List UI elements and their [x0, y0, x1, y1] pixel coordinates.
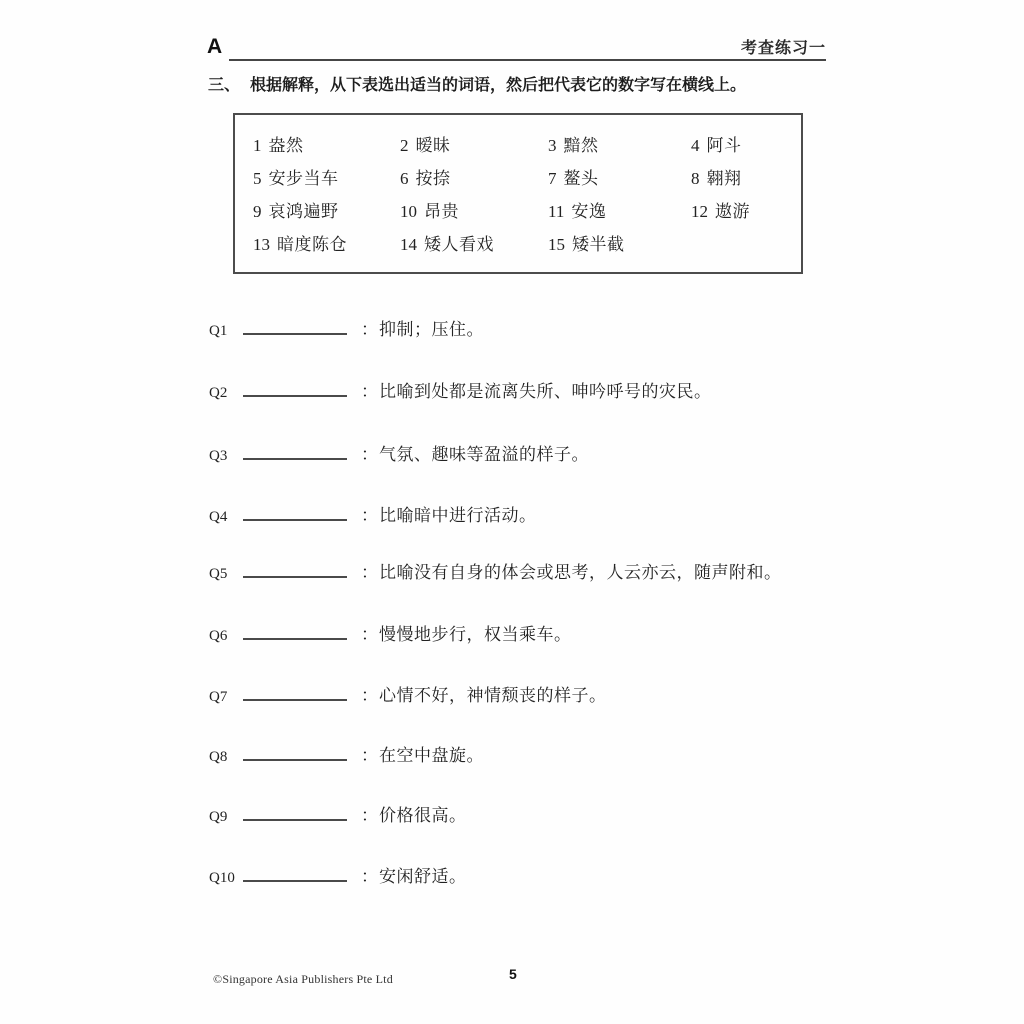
word-text: 鳌头: [564, 169, 599, 188]
question-row: Q2：比喻到处都是流离失所、呻吟呼号的灾民。: [209, 377, 849, 401]
word-bank-item: 13暗度陈仓: [253, 234, 347, 255]
question-row: Q6：慢慢地步行，权当乘车。: [209, 620, 849, 644]
definition-text: 在空中盘旋。: [379, 741, 484, 766]
word-number: 5: [253, 168, 262, 189]
word-number: 15: [548, 234, 565, 255]
definition-text: 比喻暗中进行活动。: [379, 501, 537, 526]
colon-separator: ：: [361, 741, 378, 766]
word-bank-item: 6按捺: [400, 168, 451, 189]
exercise-instruction: 三、根据解释，从下表选出适当的词语，然后把代表它的数字写在横线上。: [208, 75, 848, 96]
definition-text: 价格很高。: [379, 801, 467, 826]
word-number: 12: [691, 201, 708, 222]
word-text: 安逸: [571, 202, 606, 221]
colon-separator: ：: [361, 681, 378, 706]
word-number: 4: [691, 135, 700, 156]
page-title: 考查练习一: [741, 39, 826, 59]
question-row: Q5：比喻没有自身的体会或思考，人云亦云，随声附和。: [209, 558, 849, 582]
word-text: 安步当车: [269, 169, 339, 188]
definition-text: 抑制；压住。: [379, 315, 484, 340]
word-bank-item: 8翱翔: [691, 168, 742, 189]
question-row: Q1：抑制；压住。: [209, 315, 849, 339]
question-label: Q1: [209, 323, 243, 340]
word-bank-item: 9哀鸿遍野: [253, 201, 339, 222]
word-bank-item: 11安逸: [548, 201, 606, 222]
word-text: 昂贵: [424, 202, 459, 221]
exercise-number: 三、: [208, 77, 240, 94]
answer-blank: [243, 742, 347, 761]
word-number: 2: [400, 135, 409, 156]
question-label: Q5: [209, 566, 243, 583]
copyright-text: ©Singapore Asia Publishers Pte Ltd: [213, 972, 393, 987]
answer-blank: [243, 502, 347, 521]
definition-text: 慢慢地步行，权当乘车。: [379, 620, 572, 645]
word-text: 阿斗: [707, 136, 742, 155]
definition-text: 比喻到处都是流离失所、呻吟呼号的灾民。: [379, 377, 712, 402]
answer-blank: [243, 441, 347, 460]
worksheet-page: A 考查练习一 三、根据解释，从下表选出适当的词语，然后把代表它的数字写在横线上…: [0, 0, 1024, 1024]
word-bank-item: 4阿斗: [691, 135, 742, 156]
word-bank-item: 3黯然: [548, 135, 599, 156]
instruction-text: 根据解释，从下表选出适当的词语，然后把代表它的数字写在横线上。: [250, 77, 746, 94]
answer-blank: [243, 559, 347, 578]
page-number: 5: [509, 966, 517, 982]
colon-separator: ：: [361, 315, 378, 340]
word-text: 遨游: [715, 202, 750, 221]
colon-separator: ：: [361, 558, 378, 583]
question-row: Q8：在空中盘旋。: [209, 741, 849, 765]
definition-text: 安闲舒适。: [379, 862, 467, 887]
word-number: 3: [548, 135, 557, 156]
word-bank-item: 12遨游: [691, 201, 750, 222]
word-number: 1: [253, 135, 262, 156]
question-label: Q10: [209, 870, 243, 887]
word-text: 哀鸿遍野: [269, 202, 339, 221]
question-label: Q6: [209, 628, 243, 645]
word-bank-box: 1盎然 2暧昧 3黯然 4阿斗 5安步当车 6按捺 7鳌头 8翱翔 9哀鸿遍野 …: [233, 113, 803, 274]
definition-text: 心情不好，神情颓丧的样子。: [379, 681, 607, 706]
word-text: 黯然: [564, 136, 599, 155]
word-number: 7: [548, 168, 557, 189]
word-bank-item: 15矮半截: [548, 234, 625, 255]
answer-blank: [243, 863, 347, 882]
word-bank-item: 10昂贵: [400, 201, 459, 222]
definition-text: 比喻没有自身的体会或思考，人云亦云，随声附和。: [379, 558, 782, 583]
question-label: Q7: [209, 689, 243, 706]
question-row: Q9：价格很高。: [209, 801, 849, 825]
question-label: Q9: [209, 809, 243, 826]
word-bank-item: 1盎然: [253, 135, 304, 156]
question-row: Q10：安闲舒适。: [209, 862, 849, 886]
word-number: 10: [400, 201, 417, 222]
question-label: Q8: [209, 749, 243, 766]
word-text: 暧昧: [416, 136, 451, 155]
word-number: 13: [253, 234, 270, 255]
word-number: 9: [253, 201, 262, 222]
word-text: 翱翔: [707, 169, 742, 188]
word-bank-item: 5安步当车: [253, 168, 339, 189]
colon-separator: ：: [361, 377, 378, 402]
word-number: 11: [548, 201, 564, 222]
word-bank-item: 7鳌头: [548, 168, 599, 189]
word-bank-item: 14矮人看戏: [400, 234, 494, 255]
word-text: 矮半截: [572, 235, 625, 254]
word-number: 14: [400, 234, 417, 255]
word-number: 6: [400, 168, 409, 189]
answer-blank: [243, 621, 347, 640]
question-row: Q3：气氛、趣味等盈溢的样子。: [209, 440, 849, 464]
word-text: 按捺: [416, 169, 451, 188]
definition-text: 气氛、趣味等盈溢的样子。: [379, 440, 589, 465]
word-bank-item: 2暧昧: [400, 135, 451, 156]
question-row: Q7：心情不好，神情颓丧的样子。: [209, 681, 849, 705]
answer-blank: [243, 378, 347, 397]
answer-blank: [243, 802, 347, 821]
colon-separator: ：: [361, 862, 378, 887]
question-label: Q2: [209, 385, 243, 402]
word-text: 暗度陈仓: [277, 235, 347, 254]
question-label: Q3: [209, 448, 243, 465]
header-rule: [229, 59, 826, 61]
colon-separator: ：: [361, 620, 378, 645]
question-label: Q4: [209, 509, 243, 526]
answer-blank: [243, 316, 347, 335]
colon-separator: ：: [361, 440, 378, 465]
word-text: 盎然: [269, 136, 304, 155]
word-text: 矮人看戏: [424, 235, 494, 254]
word-number: 8: [691, 168, 700, 189]
question-row: Q4：比喻暗中进行活动。: [209, 501, 849, 525]
answer-blank: [243, 682, 347, 701]
colon-separator: ：: [361, 501, 378, 526]
section-letter: A: [207, 36, 222, 58]
colon-separator: ：: [361, 801, 378, 826]
